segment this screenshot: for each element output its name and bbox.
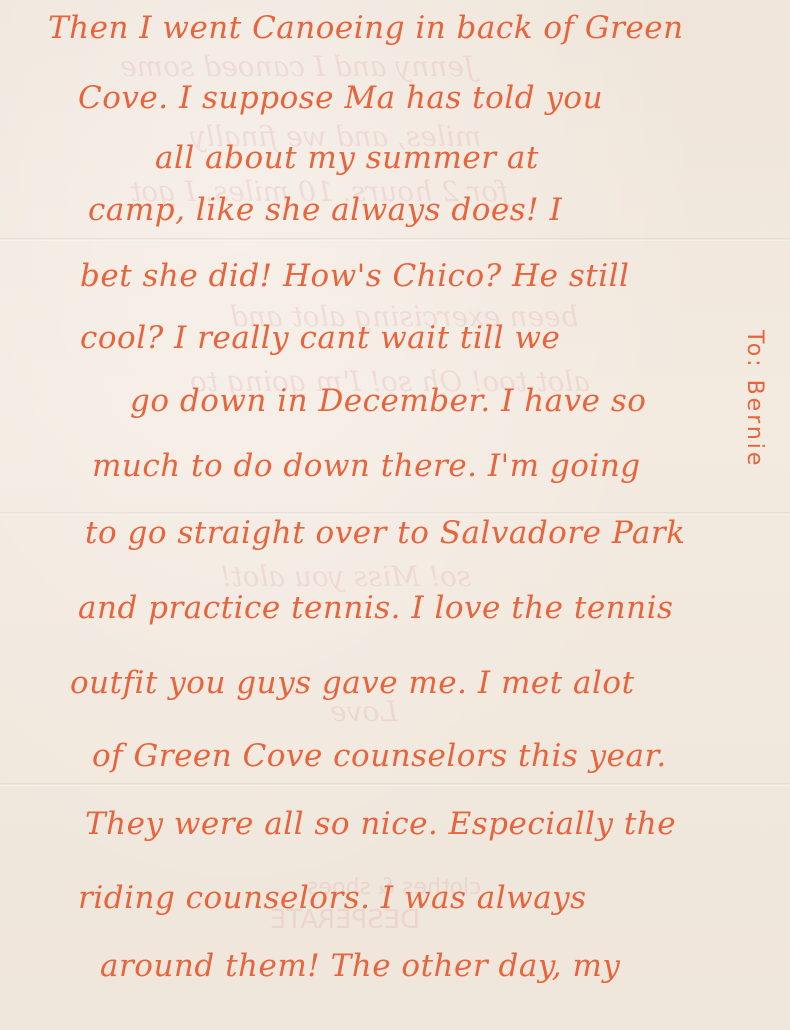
letter-line: to go straight over to Salvadore Park — [85, 515, 685, 551]
letter-line: of Green Cove counselors this year. — [92, 738, 667, 774]
fold-line — [0, 238, 790, 241]
fold-line — [0, 783, 790, 786]
letter-line: outfit you guys gave me. I met alot — [70, 665, 635, 701]
letter-line: cool? I really cant wait till we — [80, 320, 560, 356]
bleed-through-text: so! Miss you alot! — [220, 560, 471, 593]
letter-line: riding counselors. I was always — [78, 880, 587, 916]
letter-line: all about my summer at — [155, 140, 539, 176]
letter-line: around them! The other day, my — [100, 948, 620, 984]
bleed-through-text: Jenny and I canoed some — [120, 50, 475, 83]
letter-line: go down in December. I have so — [130, 383, 646, 419]
side-note-recipient: To: Bernie — [742, 330, 767, 468]
letter-line: and practice tennis. I love the tennis — [78, 590, 673, 626]
letter-line: bet she did! How's Chico? He still — [80, 258, 629, 294]
letter-line: camp, like she always does! I — [88, 192, 562, 228]
letter-line: Then I went Canoeing in back of Green — [48, 10, 684, 46]
letter-page: Jenny and I canoed some miles, and we fi… — [0, 0, 790, 1030]
letter-line: much to do down there. I'm going — [92, 448, 641, 484]
letter-line: They were all so nice. Especially the — [85, 806, 676, 842]
letter-line: Cove. I suppose Ma has told you — [78, 80, 603, 116]
